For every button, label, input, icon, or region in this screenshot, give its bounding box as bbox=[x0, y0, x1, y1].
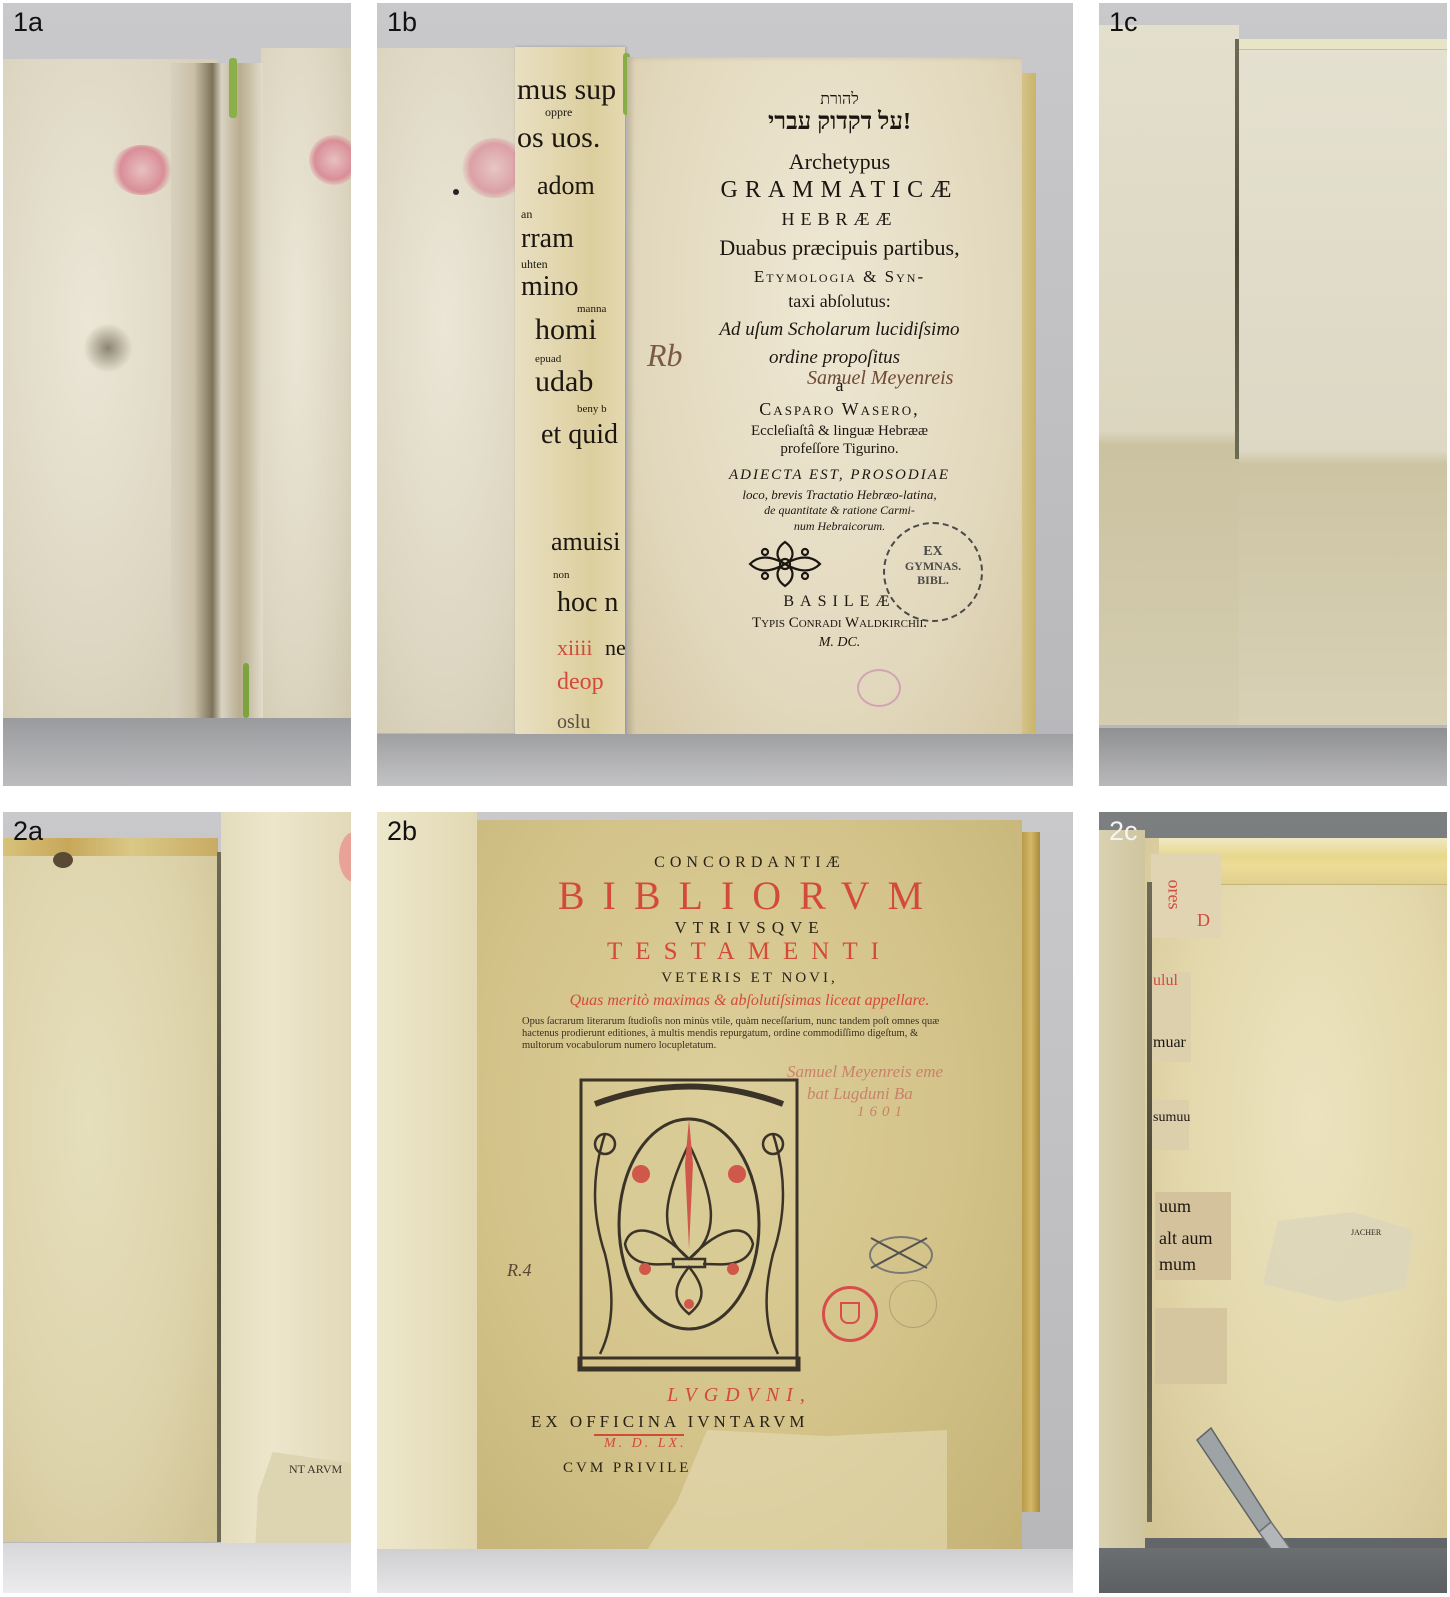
panel-2b: 2b CONCORDANTIÆ BIBLIORVM VTRIVSQVE TEST… bbox=[377, 812, 1073, 1593]
gutter-sewing bbox=[1235, 39, 1239, 459]
fragment-text: D bbox=[1197, 910, 1210, 931]
manuscript-strip: mus sup oppre os uos. adom an rram uhten… bbox=[515, 47, 625, 737]
table-surface bbox=[3, 718, 351, 786]
ink-dot bbox=[453, 189, 459, 195]
stamp-line: GYMNAS. bbox=[885, 559, 981, 573]
title-ecclesiasta: Eccleſiaſtâ & linguæ Hebrææ bbox=[627, 423, 1022, 440]
handwritten-owner-2: bat Lugduni Ba bbox=[807, 1084, 913, 1104]
title-de-quantitate: de quantitate & ratione Carmi- bbox=[627, 503, 1022, 518]
fragment-text: ores bbox=[1164, 880, 1185, 910]
strip-text: hoc n bbox=[557, 587, 618, 619]
panel-label-1a: 1a bbox=[13, 5, 43, 39]
right-pastedown bbox=[1239, 39, 1447, 725]
title-ad-usum: Ad uſum Scholarum lucidiſsimo bbox=[627, 319, 1022, 341]
manuscript-fragment: sumuu bbox=[1151, 1100, 1189, 1150]
hebrew-line-1: להורת bbox=[627, 91, 1022, 109]
title-concordantiae: CONCORDANTIÆ bbox=[477, 854, 1022, 872]
fragment-text: alt aum bbox=[1159, 1228, 1212, 1249]
gutter bbox=[1147, 882, 1152, 1522]
title-bibliorum: BIBLIORVM bbox=[477, 872, 1022, 919]
handwritten-initial: Rb bbox=[647, 337, 683, 374]
title-etymologia: Etymologia & Syn- bbox=[627, 267, 1022, 287]
table-surface bbox=[3, 1543, 351, 1593]
stamp-line: BIBL. bbox=[885, 573, 981, 587]
handwritten-shelfmark: R.4 bbox=[507, 1260, 532, 1281]
title-veteris: VETERIS ET NOVI, bbox=[477, 970, 1022, 987]
manuscript-fragment: ores D bbox=[1151, 854, 1221, 938]
title-date: M. DC. bbox=[627, 635, 1022, 651]
title-officina: EX OFFICINA IVNTARVM bbox=[531, 1412, 809, 1432]
fragment-text: mum bbox=[1159, 1254, 1196, 1275]
strip-text-red: deop bbox=[557, 669, 604, 696]
title-lugduni: LVGDVNI, bbox=[477, 1384, 1022, 1407]
title-quas: Quas meritò maximas & abſolutiſsimas lic… bbox=[477, 992, 1022, 1010]
strip-text: mus sup bbox=[517, 73, 616, 107]
gutter bbox=[217, 852, 221, 1542]
printers-ornament-icon bbox=[745, 539, 825, 589]
strip-text: rram bbox=[521, 223, 574, 255]
strip-text: mino bbox=[521, 271, 579, 303]
green-thread bbox=[229, 58, 237, 118]
title-ordine: ordine propoſitus bbox=[627, 347, 1022, 369]
title-loco: loco, brevis Tractatio Hebræo-latina, bbox=[627, 487, 1022, 503]
left-pastedown bbox=[1099, 25, 1239, 725]
title-grammaticae: GRAMMATICÆ bbox=[627, 177, 1022, 204]
fragment-text: NT ARVM bbox=[289, 1462, 342, 1477]
title-testamenti: TESTAMENTI bbox=[477, 938, 1022, 966]
woodcut-device bbox=[575, 1074, 803, 1374]
handwritten-owner-3: 1601 bbox=[857, 1104, 907, 1121]
table-surface bbox=[377, 734, 1073, 786]
title-taxi: taxi abſolutus: bbox=[627, 291, 1022, 312]
panel-2a: 2a NT ARVM bbox=[3, 812, 351, 1593]
title-casparo: Casparo Wasero, bbox=[627, 399, 1022, 420]
manuscript-fragment: uum alt aum mum bbox=[1155, 1192, 1231, 1280]
red-stamp-stain bbox=[111, 145, 173, 195]
strip-text: os uos. bbox=[517, 121, 600, 155]
panel-label-2a: 2a bbox=[13, 814, 43, 848]
strip-text: epuad bbox=[535, 353, 561, 365]
strip-text: oslu bbox=[557, 711, 590, 734]
strip-text: an bbox=[521, 207, 532, 222]
table-surface bbox=[1099, 1548, 1447, 1593]
panel-1b: 1b mus sup oppre os uos. adom an rram uh… bbox=[377, 3, 1073, 786]
stamp-line: EX bbox=[885, 544, 981, 559]
fragment-text: sumuu bbox=[1153, 1110, 1190, 1126]
panel-label-1c: 1c bbox=[1109, 5, 1138, 39]
dark-stain bbox=[53, 852, 73, 868]
left-flyleaf bbox=[377, 812, 477, 1552]
panel-2c: 2c ores D ulul muar sumuu uum alt aum mu… bbox=[1099, 812, 1447, 1593]
exposed-spine bbox=[171, 63, 263, 721]
manuscript-fragment bbox=[1155, 1308, 1227, 1384]
left-leaf-printed bbox=[1099, 830, 1145, 1550]
panel-label-2c: 2c bbox=[1109, 814, 1138, 848]
strip-text: beny b bbox=[577, 403, 607, 415]
strip-text: oppre bbox=[545, 105, 572, 120]
handwritten-owner-1: Samuel Meyenreis eme bbox=[787, 1062, 943, 1082]
title-professore: profeſſore Tigurino. bbox=[627, 441, 1022, 458]
shield-icon bbox=[840, 1302, 860, 1324]
dark-stain bbox=[83, 323, 133, 373]
left-pastedown bbox=[3, 842, 218, 1542]
title-adiecta: Adiecta est, prosodiae bbox=[627, 467, 1022, 484]
handwritten-owner: Samuel Meyenreis bbox=[807, 367, 953, 390]
panel-label-1b: 1b bbox=[387, 5, 417, 39]
fragment-text: JACHER bbox=[1351, 1228, 1381, 1237]
title-duabus: Duabus præcipuis partibus, bbox=[627, 235, 1022, 261]
fragment-text: muar bbox=[1153, 1034, 1186, 1052]
title-basileae: BASILEÆ bbox=[627, 593, 1022, 611]
book-edge bbox=[1022, 73, 1036, 733]
strip-text: homi bbox=[535, 313, 597, 347]
strip-text: non bbox=[553, 569, 570, 581]
title-archetypus: Archetypus bbox=[627, 149, 1022, 175]
title-typis: Typis Conradi Waldkirchii. bbox=[627, 615, 1022, 632]
table-surface bbox=[377, 1549, 1073, 1593]
printed-waste-fragment: JACHER bbox=[1263, 1212, 1413, 1302]
title-date: M. D. LX. bbox=[604, 1436, 687, 1452]
title-privilegio: CVM PRIVILE bbox=[563, 1460, 691, 1477]
title-page: להורת על דקדוק עברי! Archetypus GRAMMATI… bbox=[627, 57, 1022, 739]
title-paragraph: Opus ſacrarum literarum ſtudioſis non mi… bbox=[522, 1016, 942, 1052]
strip-text: udab bbox=[535, 365, 593, 399]
panel-1c: 1c bbox=[1099, 3, 1447, 786]
strip-text: uhten bbox=[521, 257, 548, 272]
purple-stamp-faint bbox=[857, 669, 901, 707]
cancelled-stamp bbox=[869, 1236, 933, 1274]
book-edge bbox=[1022, 832, 1040, 1512]
strip-text: et quid bbox=[541, 419, 618, 451]
fragment-text: uum bbox=[1159, 1196, 1191, 1217]
title-hebraeae: HEBRÆÆ bbox=[627, 209, 1022, 230]
red-stamp-stain-right bbox=[309, 135, 351, 185]
strip-text: adom bbox=[537, 171, 595, 201]
hebrew-line-2: על דקדוק עברי! bbox=[627, 109, 1022, 136]
table-surface bbox=[1099, 728, 1447, 786]
fragment-text: ulul bbox=[1153, 972, 1178, 990]
manuscript-fragment: ulul muar bbox=[1151, 972, 1191, 1062]
strip-text: ne bbox=[605, 635, 626, 661]
faint-stamp bbox=[889, 1280, 937, 1328]
panel-label-2b: 2b bbox=[387, 814, 417, 848]
top-edge bbox=[1239, 39, 1447, 50]
title-page: CONCORDANTIÆ BIBLIORVM VTRIVSQVE TESTAME… bbox=[477, 820, 1022, 1550]
torn-damage bbox=[647, 1430, 947, 1550]
green-thread-bottom bbox=[243, 663, 249, 718]
red-library-stamp bbox=[822, 1286, 878, 1342]
strip-text-red: xiiii bbox=[557, 635, 592, 661]
strip-text: amuisi bbox=[551, 527, 620, 557]
panel-1a: 1a bbox=[3, 3, 351, 786]
title-utriusque: VTRIVSQVE bbox=[477, 918, 1022, 938]
